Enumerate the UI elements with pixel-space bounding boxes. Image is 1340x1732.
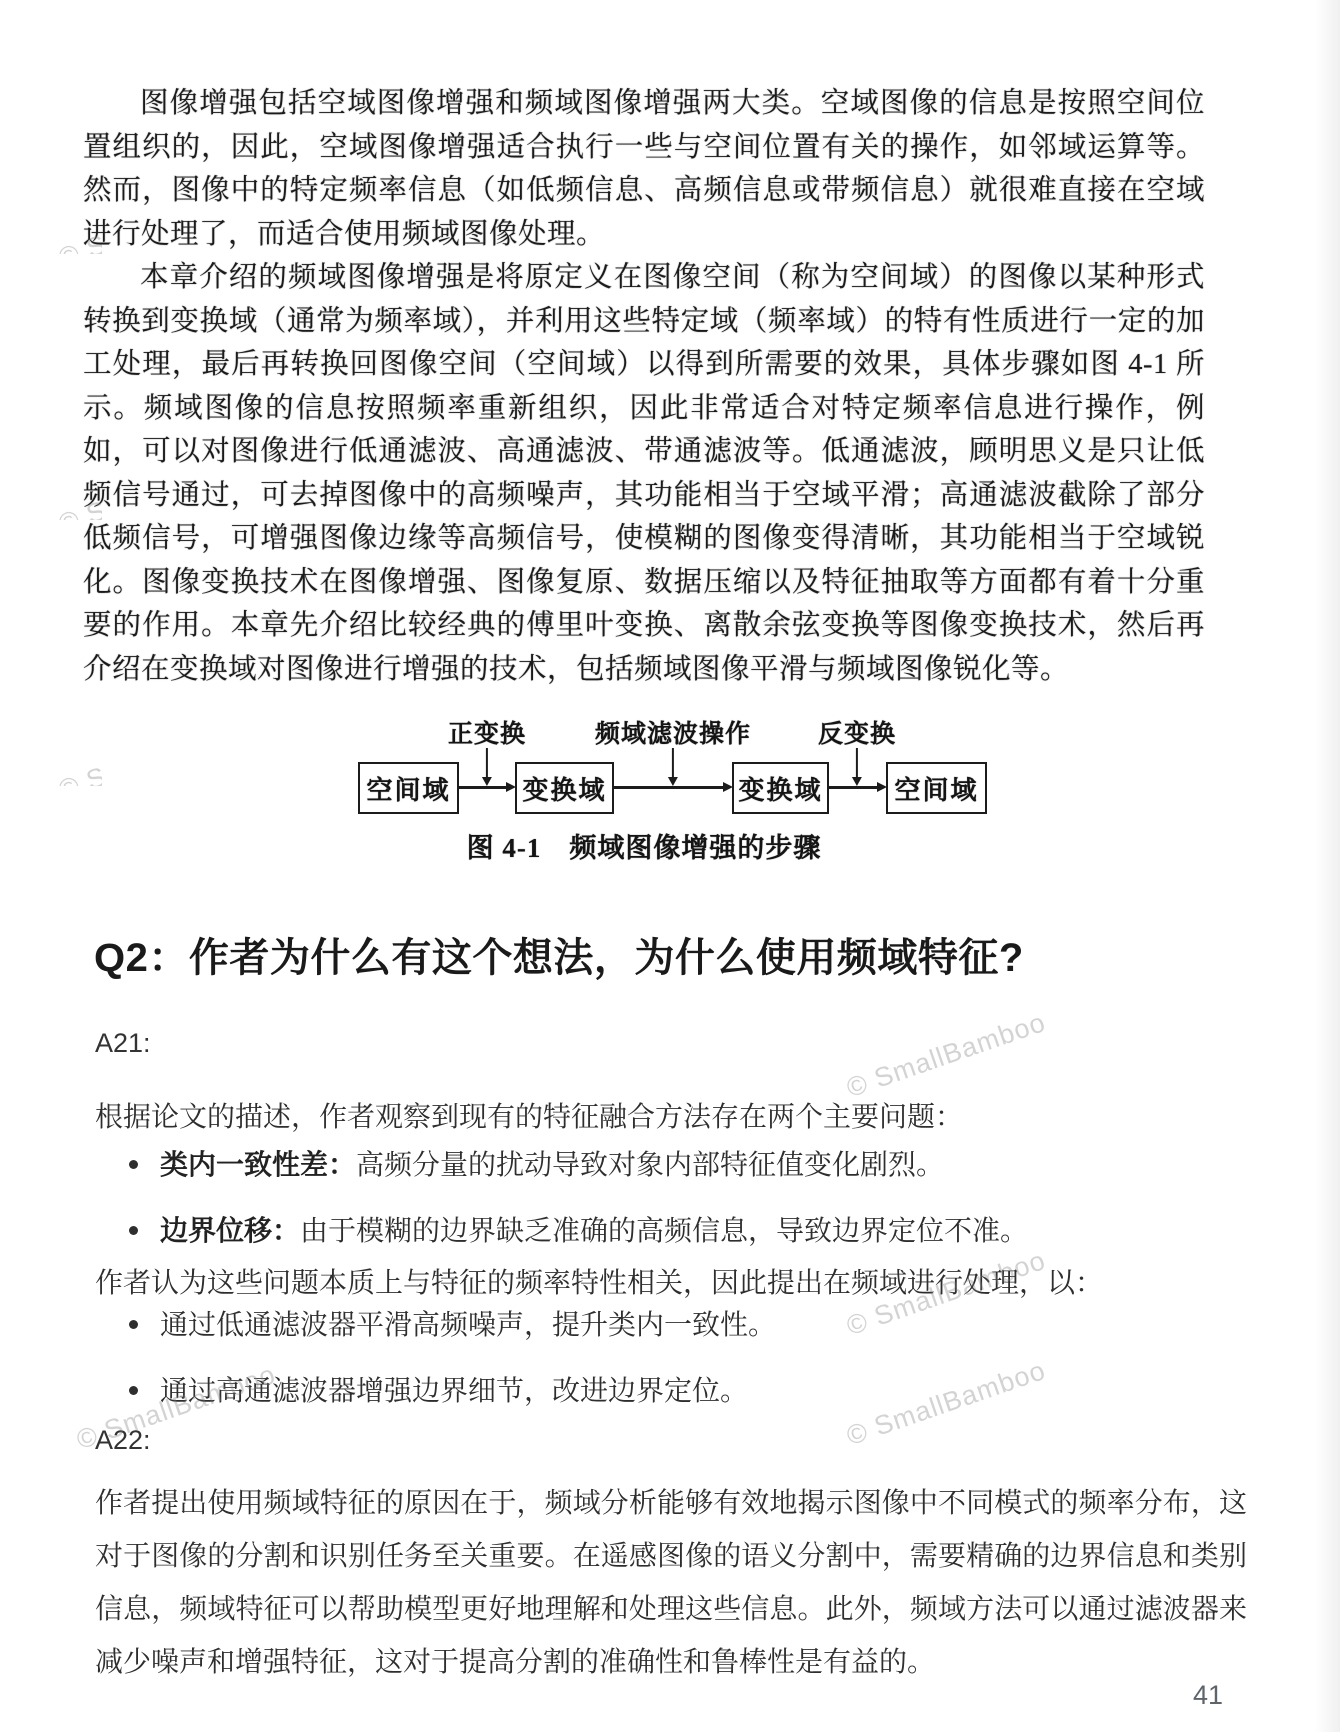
bullet-desc: 高频分量的扰动导致对象内部特征值变化剧烈。: [356, 1149, 944, 1180]
page-number: 41: [1193, 1680, 1223, 1711]
diagram-box-spatial-domain-2: 空间域: [886, 762, 987, 814]
figure-4-1-diagram: 正变换 频域滤波操作 反变换 空间域 变换域 变换域 空间域: [330, 712, 1020, 824]
diagram-box-transform-domain-2: 变换域: [732, 762, 829, 814]
bullet-dot-icon: [129, 1160, 138, 1169]
diagram-box-spatial-domain-1: 空间域: [358, 762, 459, 814]
a21-label: A21:: [95, 1028, 151, 1059]
scan-paragraph-2: 本章介绍的频域图像增强是将原定义在图像空间（称为空间域）的图像以某种形式转换到变…: [83, 256, 1205, 691]
right-arrow-icon: [614, 786, 724, 789]
right-arrow-icon: [459, 786, 507, 789]
scanned-textbook-excerpt: 图像增强包括空域图像增强和频域图像增强两大类。空域图像的信息是按照空间位置组织的…: [83, 82, 1205, 691]
figure-caption: 图 4-1 频域图像增强的步骤: [83, 826, 1205, 865]
down-arrow-icon: [486, 748, 488, 778]
bullet-dot-icon: [129, 1320, 138, 1329]
a21-mid-paragraph: 作者认为这些问题本质上与特征的频率特性相关，因此提出在频域进行处理，以：: [95, 1256, 1247, 1309]
watermark-fragment: © SmallBamboo: [52, 192, 102, 254]
a21-intro-paragraph: 根据论文的描述，作者观察到现有的特征融合方法存在两个主要问题：: [95, 1090, 1247, 1143]
watermark: © SmallBamboo: [55, 724, 102, 786]
bullet-dot-icon: [129, 1226, 138, 1235]
list-item: 边界位移：由于模糊的边界缺乏准确的高频信息，导致边界定位不准。: [95, 1212, 1247, 1250]
a22-paragraph: 作者提出使用频域特征的原因在于，频域分析能够有效地揭示图像中不同模式的频率分布，…: [95, 1476, 1247, 1688]
watermark-fragment: © SmallBamboo: [52, 724, 102, 786]
bullet-term: 类内一致性差：: [160, 1149, 356, 1180]
bullet-term: 边界位移：: [160, 1215, 300, 1246]
watermark-fragment: © SmallBamboo: [52, 458, 102, 520]
scan-paragraph-1: 图像增强包括空域图像增强和频域图像增强两大类。空域图像的信息是按照空间位置组织的…: [83, 82, 1205, 256]
q2-heading: Q2：作者为什么有这个想法，为什么使用频域特征?: [94, 926, 1254, 983]
watermark: © SmallBamboo: [55, 192, 102, 254]
diagram-box-transform-domain-1: 变换域: [515, 762, 614, 814]
down-arrow-icon: [856, 748, 858, 778]
document-page: { "scan": { "paragraph1": "图像增强包括空域图像增强和…: [0, 0, 1340, 1732]
bullet-dot-icon: [129, 1386, 138, 1395]
bullet-desc: 由于模糊的边界缺乏准确的高频信息，导致边界定位不准。: [300, 1215, 1028, 1246]
arrow-label-inverse-transform: 反变换: [818, 714, 896, 750]
arrow-label-frequency-filter-op: 频域滤波操作: [595, 714, 751, 750]
page-edge-shadow: [1314, 0, 1340, 1732]
watermark: © SmallBamboo: [55, 458, 102, 520]
right-arrow-icon: [829, 786, 878, 789]
list-item: 通过低通滤波器平滑高频噪声，提升类内一致性。: [95, 1306, 1247, 1344]
list-item: 类内一致性差：高频分量的扰动导致对象内部特征值变化剧烈。: [95, 1146, 1247, 1184]
bullet-desc: 通过低通滤波器平滑高频噪声，提升类内一致性。: [160, 1309, 776, 1340]
down-arrow-icon: [672, 748, 674, 778]
arrow-label-forward-transform: 正变换: [448, 714, 526, 750]
